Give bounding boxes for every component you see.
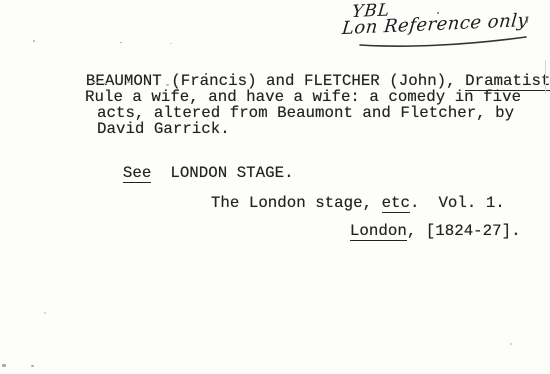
scan-speck (2, 364, 6, 367)
catalog-card: YBL Lon Reference only BEAUMONT (Francis… (0, 0, 550, 374)
scan-speck (205, 73, 207, 75)
scan-speck (103, 83, 107, 84)
handwritten-underline-stroke (352, 32, 534, 50)
title-paragraph-line-2: acts, altered from Beaumont and Fletcher… (97, 105, 514, 121)
scan-speck (437, 12, 439, 14)
scan-speck (166, 84, 169, 86)
title-paragraph-line-3: David Garrick. (97, 121, 230, 137)
imprint-date: , [1824-27]. (407, 222, 521, 240)
scan-speck (33, 40, 35, 42)
scan-speck (126, 82, 131, 83)
see-label-underlined: See (123, 164, 151, 183)
scan-speck (92, 82, 98, 83)
scan-speck (120, 42, 122, 43)
scan-speck (44, 312, 46, 314)
scan-speck (510, 343, 512, 345)
title-paragraph-line-1: Rule a wife, and have a wife: a comedy i… (85, 89, 521, 105)
imprint-line: London, [1824-27]. (312, 207, 521, 255)
imprint-place-underlined: London (350, 222, 407, 241)
scan-speck (31, 365, 34, 367)
scan-speck (170, 43, 172, 44)
scan-crease-mark (545, 60, 546, 94)
